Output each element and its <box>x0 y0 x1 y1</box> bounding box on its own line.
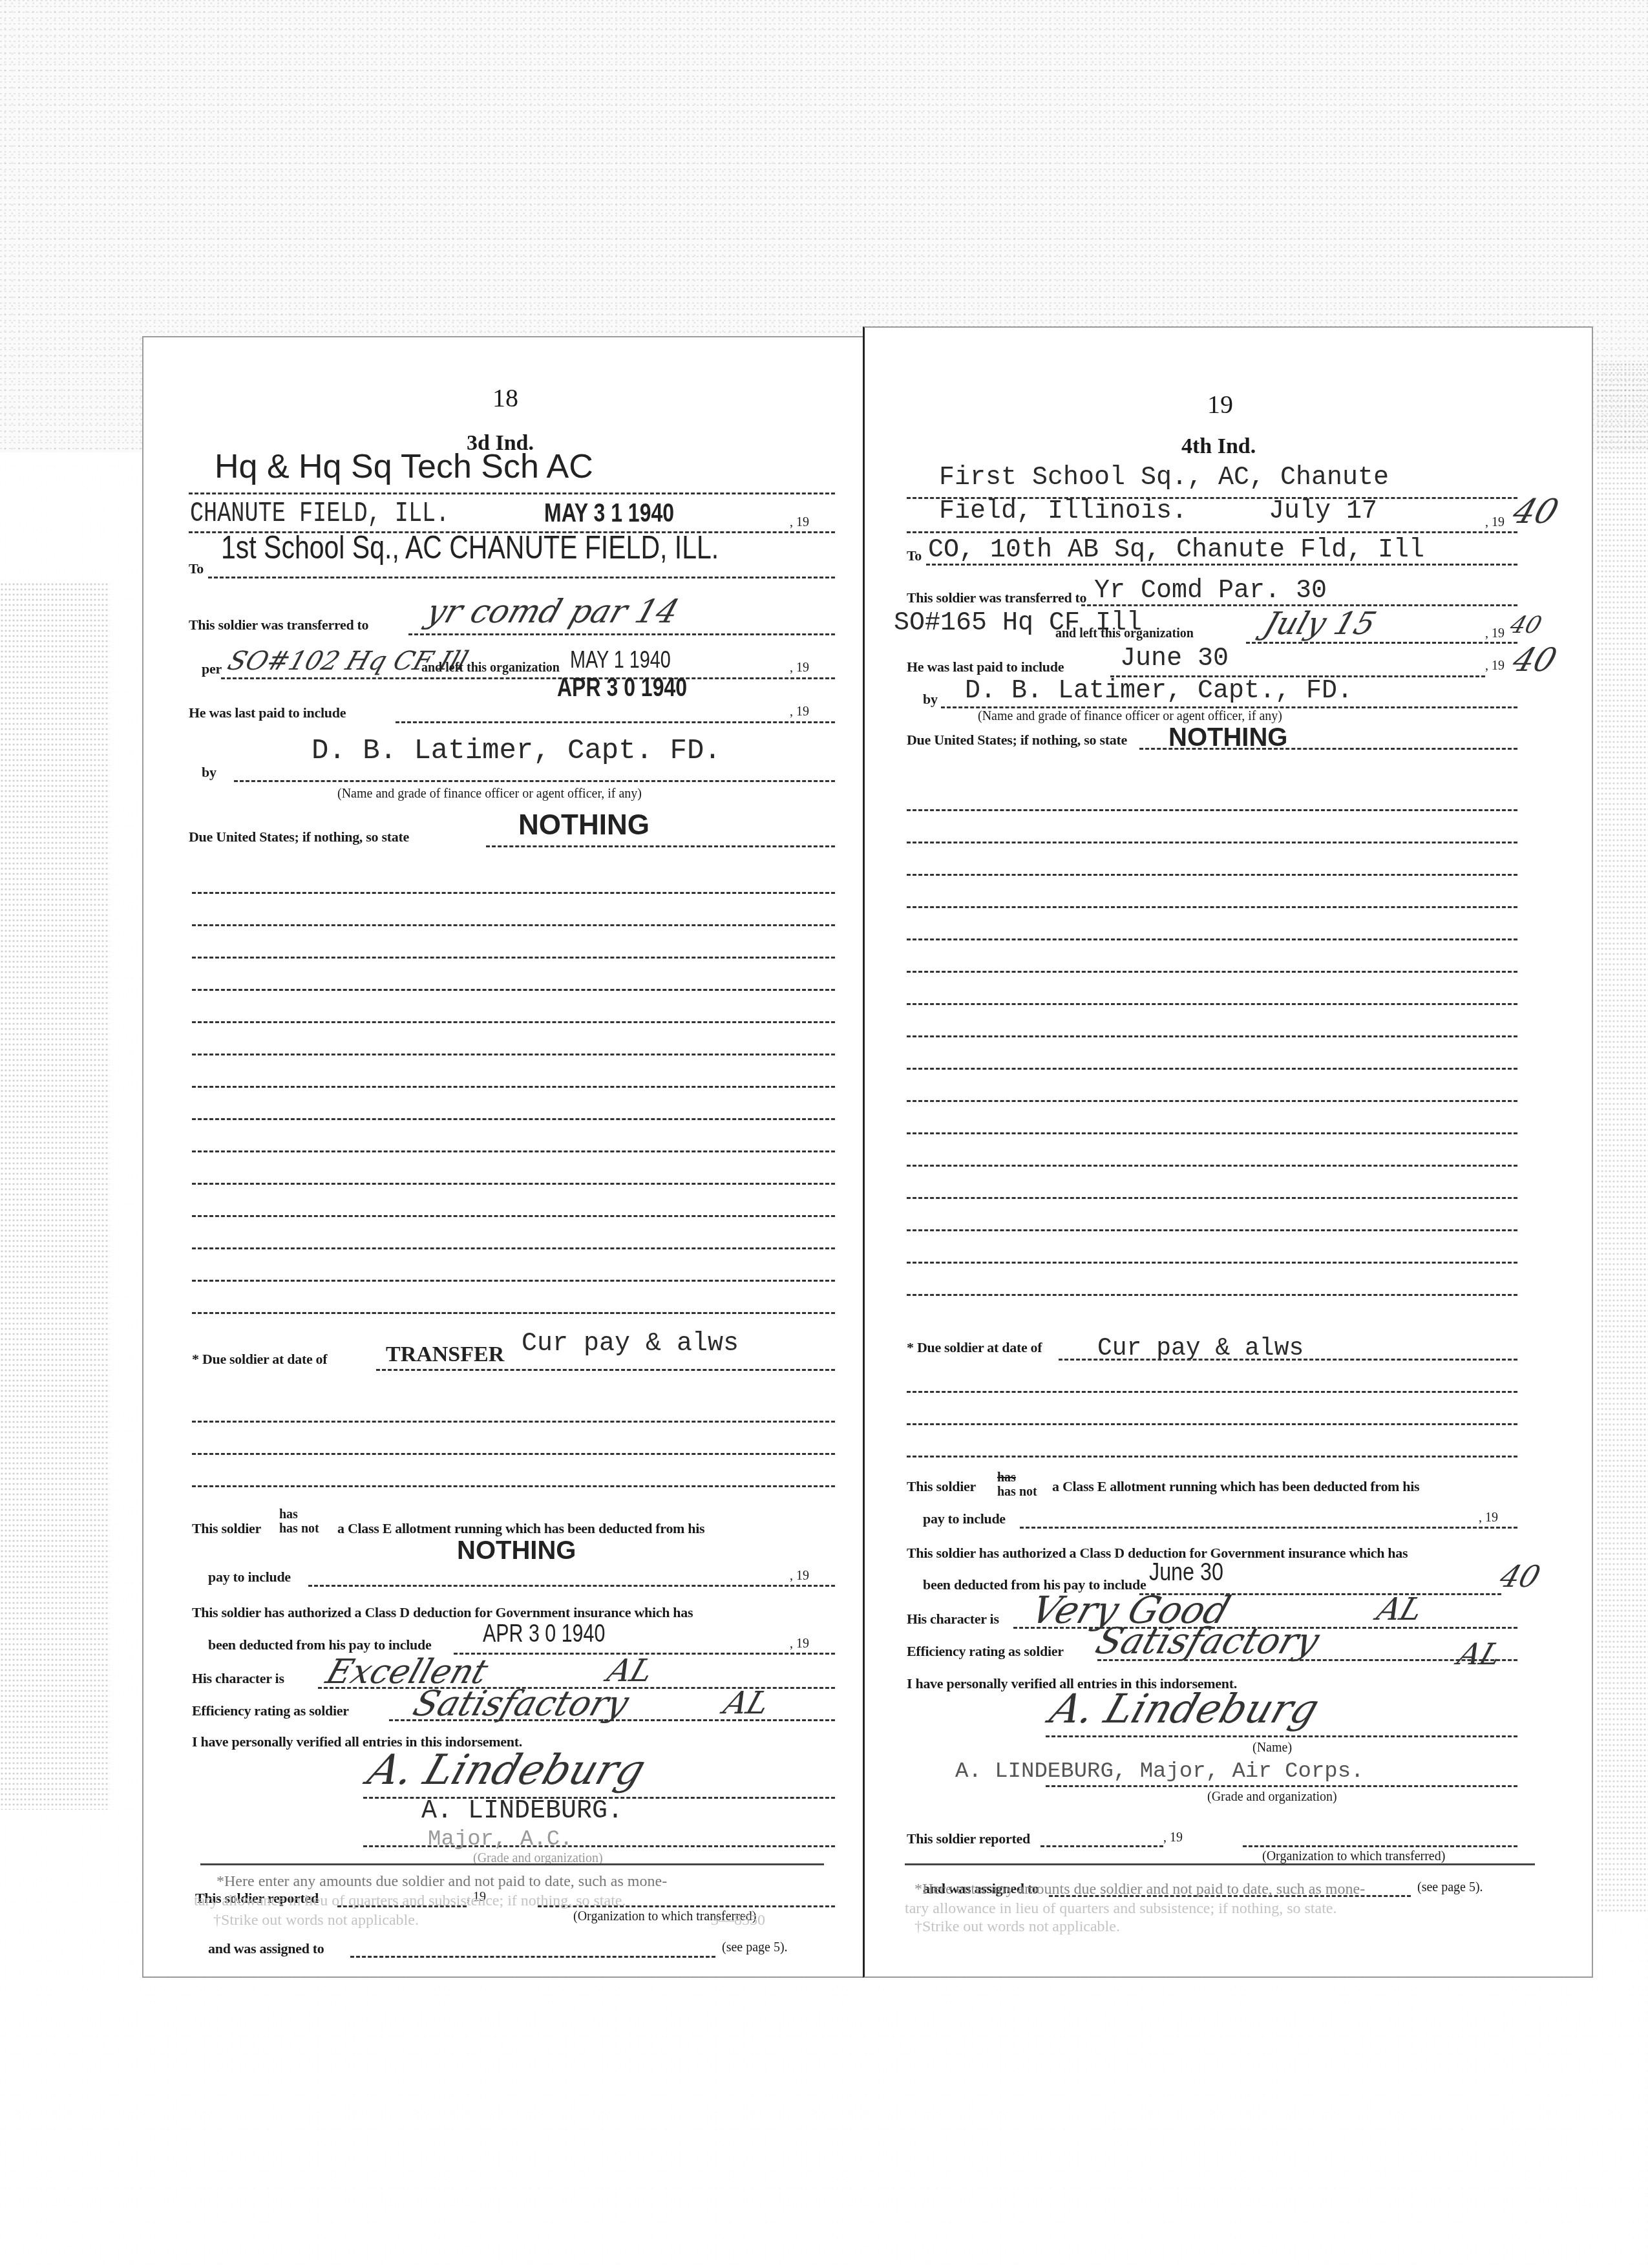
left-org-date: MAY 1 1940 <box>570 646 671 673</box>
class-d-deducted-label: been deducted from his pay to include <box>208 1637 431 1653</box>
character-label: His character is <box>192 1670 284 1687</box>
footnote-1: *Here enter any amounts due soldier and … <box>914 1881 1365 1898</box>
finance-officer-caption: (Name and grade of finance officer or ag… <box>337 787 642 801</box>
due-soldier-label: * Due soldier at date of <box>907 1339 1042 1356</box>
line <box>1097 1659 1517 1661</box>
line <box>907 1391 1517 1393</box>
class-e-text: a Class E allotment running which has be… <box>337 1520 704 1537</box>
ruled-line <box>907 1229 1517 1231</box>
class-d-text: This soldier has authorized a Class D de… <box>192 1604 693 1621</box>
line <box>926 564 1517 566</box>
ruled-line <box>192 892 835 894</box>
org-transferred-caption: (Organization to which transferred) <box>1262 1849 1445 1864</box>
to-label: To <box>907 547 922 564</box>
year-prefix: , 19 <box>1485 659 1505 673</box>
character-label: His character is <box>907 1611 999 1627</box>
line <box>308 1585 835 1587</box>
to-value: 1st School Sq., AC CHANUTE FIELD, ILL. <box>221 529 719 566</box>
name-caption: (Name) <box>1252 1741 1292 1755</box>
class-e-prefix: This soldier <box>907 1478 976 1495</box>
ruled-line <box>907 906 1517 908</box>
ruled-line <box>192 1150 835 1152</box>
finance-officer-name: D. B. Latimer, Capt. FD. <box>312 735 721 767</box>
class-e-pay-label: pay to include <box>923 1510 1006 1527</box>
to-label: To <box>189 560 204 577</box>
has-option-struck: has <box>997 1470 1037 1485</box>
ruled-line <box>907 842 1517 843</box>
assigned-label: and was assigned to <box>208 1940 324 1957</box>
transferred-value-handwritten: yr comd par 14 <box>422 593 684 630</box>
class-d-year: 40 <box>1495 1559 1545 1594</box>
footnote-1: *Here enter any amounts due soldier and … <box>217 1873 667 1891</box>
by-label: by <box>202 764 217 781</box>
scan-noise-right <box>1596 362 1648 1913</box>
last-paid-label: He was last paid to include <box>907 659 1064 675</box>
indorsement-heading: 4th Ind. <box>1181 434 1256 459</box>
ruled-line <box>907 1035 1517 1037</box>
ruled-line <box>192 1021 835 1023</box>
ruled-line <box>192 1054 835 1055</box>
line <box>1046 1735 1517 1737</box>
left-org-label: and left this organization <box>1055 626 1194 641</box>
line <box>192 1312 835 1314</box>
due-us-label: Due United States; if nothing, so state <box>189 829 409 845</box>
finance-officer-caption: (Name and grade of finance officer or ag… <box>978 709 1282 724</box>
footnote-2: tary allowance in lieu of quarters and s… <box>194 1892 626 1910</box>
page-18: 18 3d Ind. Hq & Hq Sq Tech Sch AC CHANUT… <box>142 336 863 1978</box>
class-d-value: June 30 <box>1149 1559 1223 1587</box>
line <box>907 1423 1517 1425</box>
ruled-line <box>907 1165 1517 1167</box>
by-label: by <box>923 691 938 708</box>
see-page: (see page 5). <box>1417 1880 1483 1895</box>
year-prefix: , 19 <box>1485 515 1505 530</box>
line <box>376 1369 835 1371</box>
class-e-value: NOTHING <box>457 1536 576 1565</box>
footnote-3: †Strike out words not applicable. <box>914 1918 1120 1936</box>
page-19: 19 4th Ind. First School Sq., AC, Chanut… <box>863 326 1593 1978</box>
footnote-2: tary allowance in lieu of quarters and s… <box>905 1900 1336 1918</box>
ruled-line <box>192 1280 835 1282</box>
form-code: 3—8550 <box>711 1912 765 1929</box>
year-prefix: , 19 <box>790 1637 809 1651</box>
year-prefix: , 19 <box>790 661 809 675</box>
line <box>1243 1845 1517 1847</box>
ruled-line <box>907 1132 1517 1134</box>
grade-caption: (Grade and organization) <box>1207 1790 1337 1805</box>
reported-label: This soldier reported <box>907 1830 1030 1847</box>
see-page: (see page 5). <box>722 1940 788 1955</box>
footnote-rule <box>200 1863 824 1865</box>
last-paid-value: June 30 <box>1120 644 1229 673</box>
ruled-line <box>192 1086 835 1088</box>
ruled-line <box>907 971 1517 973</box>
line <box>189 493 835 494</box>
has-not-option: has not <box>997 1485 1037 1499</box>
line <box>408 633 835 635</box>
has-option: has <box>279 1507 319 1521</box>
year-prefix: , 19 <box>790 1569 809 1584</box>
due-us-value: NOTHING <box>518 809 650 842</box>
last-paid-label: He was last paid to include <box>189 705 346 721</box>
left-org-label: and left this organization <box>421 661 560 675</box>
class-e-text: a Class E allotment running which has be… <box>1052 1478 1419 1495</box>
ruled-line <box>907 1068 1517 1070</box>
ruled-line <box>192 957 835 959</box>
year-prefix: , 19 <box>790 515 809 530</box>
per-label: per <box>202 661 222 677</box>
due-soldier-label: * Due soldier at date of <box>192 1351 327 1368</box>
from-line-1: First School Sq., AC, Chanute <box>939 463 1389 493</box>
line <box>350 1956 715 1958</box>
line <box>907 1456 1517 1457</box>
line <box>907 531 1517 533</box>
efficiency-label: Efficiency rating as soldier <box>907 1643 1064 1660</box>
ruled-line <box>192 1183 835 1185</box>
efficiency-initials: AL <box>1453 1637 1506 1671</box>
has-not-option: has not <box>279 1521 319 1536</box>
ruled-line <box>907 1294 1517 1296</box>
line <box>192 1485 835 1487</box>
from-line-2: Field, Illinois. <box>939 497 1187 526</box>
ruled-line <box>907 1003 1517 1005</box>
ruled-line <box>192 1247 835 1249</box>
page-number: 18 <box>492 383 518 413</box>
ruled-line <box>192 1215 835 1217</box>
finance-officer-name: D. B. Latimer, Capt., FD. <box>965 677 1353 706</box>
page-number: 19 <box>1207 389 1233 419</box>
line <box>389 1719 835 1721</box>
date: July 17 <box>1269 497 1377 526</box>
left-org-year: 40 <box>1506 612 1545 639</box>
line <box>1246 642 1517 644</box>
to-value: CO, 10th AB Sq, Chanute Fld, Ill <box>928 536 1424 565</box>
name-typed: A. LINDEBURG. <box>421 1797 623 1826</box>
efficiency-value-handwritten: Satisfactory <box>408 1683 634 1724</box>
ruled-line <box>192 924 835 926</box>
ruled-line <box>907 1197 1517 1199</box>
line <box>941 706 1517 708</box>
signature: A. Lindeburg <box>1044 1685 1325 1732</box>
left-org-date-handwritten: July 15 <box>1260 606 1380 642</box>
ruled-line <box>192 989 835 991</box>
has-has-not-choice: has has not <box>997 1470 1037 1499</box>
ruled-line <box>907 874 1517 876</box>
from-organization: Hq & Hq Sq Tech Sch AC <box>215 447 593 486</box>
line <box>1046 1785 1517 1787</box>
year-prefix: , 19 <box>790 705 809 719</box>
due-us-label: Due United States; if nothing, so state <box>907 732 1127 748</box>
grade-typed: A. LINDEBURG, Major, Air Corps. <box>955 1759 1364 1784</box>
line <box>1041 1845 1163 1847</box>
grade-typed: Major, A.C. <box>428 1827 573 1852</box>
last-paid-value: APR 3 0 1940 <box>557 673 687 703</box>
line <box>192 1421 835 1423</box>
efficiency-initials: AL <box>719 1685 774 1721</box>
ruled-line <box>192 1118 835 1120</box>
ruled-line <box>907 809 1517 811</box>
transferred-label: This soldier was transferred to <box>907 589 1086 606</box>
last-paid-year: 40 <box>1508 641 1561 679</box>
class-e-pay-label: pay to include <box>208 1569 291 1585</box>
due-soldier-value: Cur pay & alws <box>522 1330 739 1359</box>
footnote-3: †Strike out words not applicable. <box>213 1912 419 1929</box>
ruled-line <box>907 938 1517 940</box>
line <box>1020 1527 1517 1529</box>
ruled-line <box>907 1262 1517 1264</box>
signature: A. Lindeburg <box>362 1746 651 1794</box>
footnote-rule <box>905 1863 1535 1865</box>
scan-noise-left <box>0 582 110 1810</box>
line <box>396 721 835 723</box>
transfer-stamp: TRANSFER <box>386 1342 504 1367</box>
date-stamp: MAY 3 1 1940 <box>544 499 674 528</box>
ruled-line <box>907 1100 1517 1102</box>
line <box>1139 748 1517 750</box>
class-e-prefix: This soldier <box>192 1520 261 1537</box>
has-has-not-choice: has has not <box>279 1507 319 1536</box>
line <box>208 577 835 578</box>
efficiency-label: Efficiency rating as soldier <box>192 1702 349 1719</box>
year-prefix: , 19 <box>1485 626 1505 641</box>
reported-year: , 19 <box>1163 1830 1183 1845</box>
line <box>192 1453 835 1455</box>
year-prefix: , 19 <box>1479 1510 1498 1525</box>
line <box>234 780 835 782</box>
line <box>486 845 835 847</box>
class-d-value: APR 3 0 1940 <box>483 1620 605 1648</box>
character-initials: AL <box>1373 1591 1428 1627</box>
place: CHANUTE FIELD, ILL. <box>190 498 449 530</box>
transferred-value: Yr Comd Par. 30 <box>1094 577 1327 606</box>
efficiency-value-handwritten: Satisfactory <box>1090 1620 1324 1662</box>
line <box>1059 1359 1517 1361</box>
line <box>221 677 835 679</box>
transferred-label: This soldier was transferred to <box>189 617 368 633</box>
